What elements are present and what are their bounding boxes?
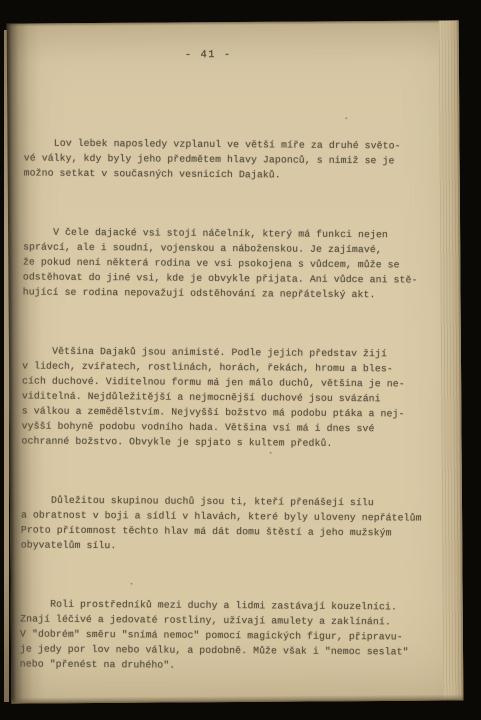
typewritten-text: Lov lebek naposledy vzplanul ve větší mí… (19, 105, 442, 718)
paragraph-spirits-in-heads: Důležitou skupinou duchů jsou ti, kteří … (21, 492, 439, 555)
paragraph-village-chief: V čele dajacké vsi stojí náčelník, který… (23, 224, 442, 302)
paragraph-sorcerers: Roli prostředníků mezi duchy a lidmi zas… (20, 596, 439, 674)
page-top-edge (7, 20, 459, 26)
page-stack-fore-edge (439, 20, 464, 700)
page-number: - 41 - (185, 49, 232, 61)
book-page: - 41 - Lov lebek naposledy vzplanul ve v… (7, 20, 464, 703)
paragraph-animism: Většina Dajaků jsou animisté. Podle jeji… (22, 343, 441, 451)
scanned-book-photo: - 41 - Lov lebek naposledy vzplanul ve v… (0, 0, 481, 720)
paragraph-skull-hunting: Lov lebek naposledy vzplanul ve větší mí… (24, 135, 442, 183)
